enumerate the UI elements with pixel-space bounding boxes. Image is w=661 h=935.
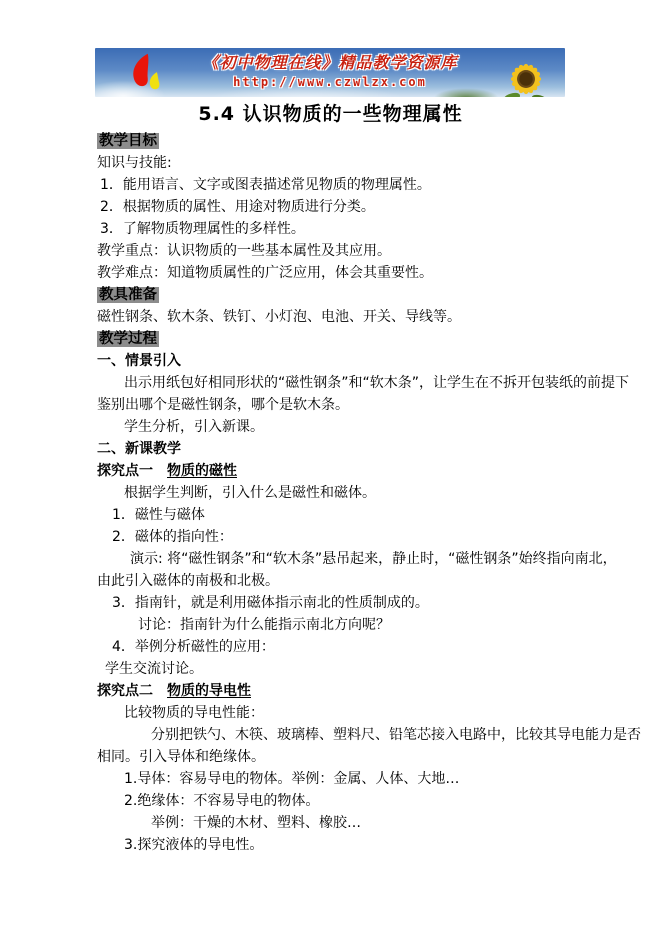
text-line: 根据学生判断，引入什么是磁性和磁体。	[97, 482, 567, 504]
text-line: 鉴别出哪个是磁性钢条，哪个是软木条。	[97, 394, 567, 416]
subsection-heading: 探究点一 物质的磁性	[97, 460, 567, 482]
text-line: 学生分析，引入新课。	[97, 416, 567, 438]
text-line: 由此引入磁体的南极和北极。	[97, 570, 567, 592]
document-body: 教学目标知识与技能:1．能用语言、文字或图表描述常见物质的物理属性。2．根据物质…	[97, 130, 567, 856]
section-heading: 教学目标	[97, 130, 567, 152]
subsection-heading: 探究点二 物质的导电性	[97, 680, 567, 702]
document-page: { "banner": { "site_title": "《初中物理在线》精品教…	[0, 0, 661, 935]
text-line: 出示用纸包好相同形状的“磁性钢条”和“软木条”，让学生在不拆开包装纸的前提下	[97, 372, 567, 394]
text-line: 演示: 将“磁性钢条”和“软木条”悬吊起来，静止时，“磁性钢条”始终指向南北，	[97, 548, 567, 570]
text-line: 举例：干燥的木材、塑料、橡胶…	[97, 812, 567, 834]
text-line: 磁性钢条、软木条、铁钉、小灯泡、电池、开关、导线等。	[97, 306, 567, 328]
site-banner-image: 《初中物理在线》精品教学资源库 http://www.czwlzx.com	[95, 48, 565, 97]
section-heading: 教具准备	[97, 284, 567, 306]
text-line: 学生交流讨论。	[97, 658, 567, 680]
text-line: 比较物质的导电性能：	[97, 702, 567, 724]
text-line: 2.绝缘体：不容易导电的物体。	[97, 790, 567, 812]
text-line: 4．举例分析磁性的应用：	[97, 636, 567, 658]
text-line: 分别把铁勺、木筷、玻璃棒、塑料尺、铅笔芯接入电路中，比较其导电能力是否	[97, 724, 567, 746]
text-line: 讨论：指南针为什么能指示南北方向呢？	[97, 614, 567, 636]
text-line: 2．磁体的指向性：	[97, 526, 567, 548]
text-line: 3．指南针，就是利用磁体指示南北的性质制成的。	[97, 592, 567, 614]
text-line: 相同。引入导体和绝缘体。	[97, 746, 567, 768]
text-line: 1.导体：容易导电的物体。举例：金属、人体、大地…	[97, 768, 567, 790]
document-title: 5.4 认识物质的一些物理属性	[0, 99, 661, 126]
text-line: 3.探究液体的导电性。	[97, 834, 567, 856]
text-line: 2．根据物质的属性、用途对物质进行分类。	[97, 196, 567, 218]
text-line: 知识与技能:	[97, 152, 567, 174]
subsection-heading: 二、新课教学	[97, 438, 567, 460]
text-line: 教学重点：认识物质的一些基本属性及其应用。	[97, 240, 567, 262]
text-line: 1．磁性与磁体	[97, 504, 567, 526]
text-line: 3．了解物质物理属性的多样性。	[97, 218, 567, 240]
text-line: 1．能用语言、文字或图表描述常见物质的物理属性。	[97, 174, 567, 196]
subsection-heading: 一、情景引入	[97, 350, 567, 372]
section-heading: 教学过程	[97, 328, 567, 350]
sunflower-image	[493, 51, 559, 97]
text-line: 教学难点：知道物质属性的广泛应用，体会其重要性。	[97, 262, 567, 284]
